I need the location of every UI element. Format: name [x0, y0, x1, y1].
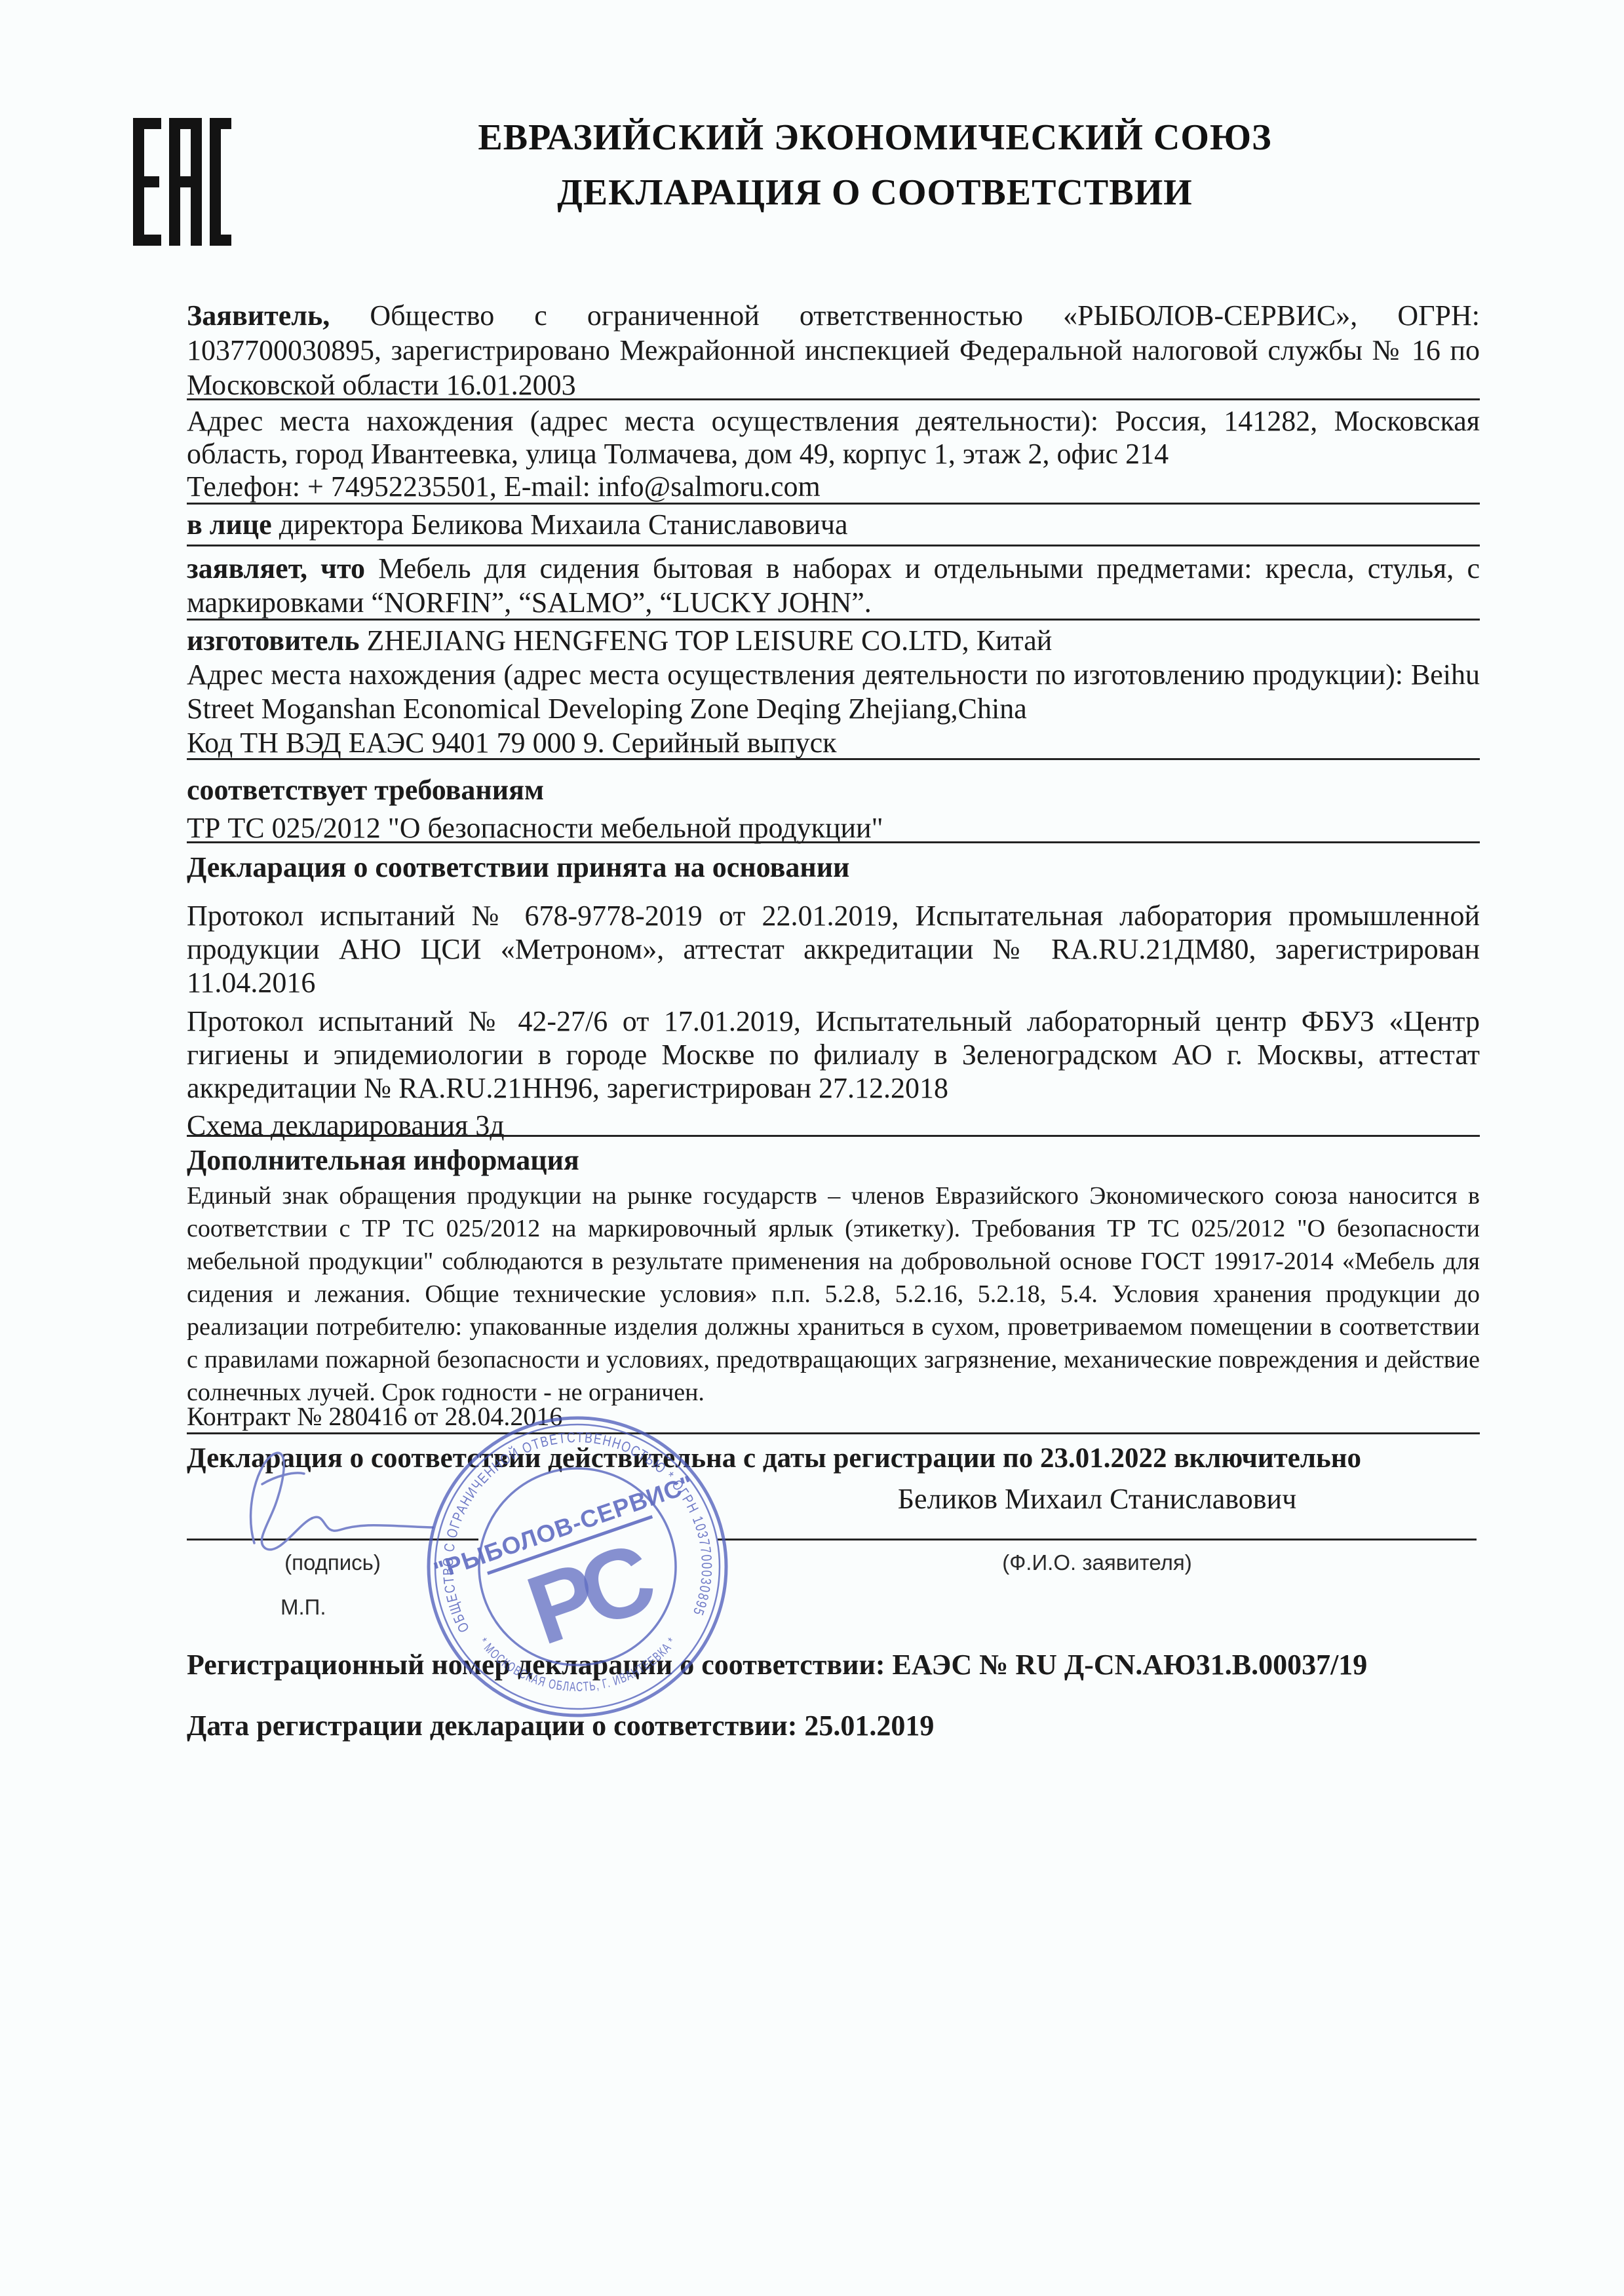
- manufacturer-address: Адрес места нахождения (адрес места осущ…: [187, 658, 1480, 726]
- stamp-monogram: РС: [514, 1521, 667, 1666]
- signature-line: [187, 1539, 478, 1540]
- additional-paragraph: Единый знак обращения продукции на рынке…: [187, 1179, 1480, 1409]
- compliance-header: соответствует требованиям: [187, 773, 1480, 807]
- divider: [187, 398, 1480, 400]
- stamp-caption: М.П.: [280, 1595, 326, 1620]
- person-block: в лице директора Беликова Михаила Станис…: [187, 508, 1480, 541]
- declares-text: Мебель для сидения бытовая в наборах и о…: [187, 552, 1480, 619]
- eac-logo-icon: [133, 118, 231, 246]
- applicant-block: Заявитель, Общество с ограниченной ответ…: [187, 298, 1480, 402]
- protocol-2: Протокол испытаний № 42-27/6 от 17.01.20…: [187, 1004, 1480, 1105]
- divider: [187, 545, 1480, 546]
- protocol-1: Протокол испытаний № 678-9778-2019 от 22…: [187, 899, 1480, 999]
- person-text: директора Беликова Михаила Станиславович…: [279, 508, 848, 541]
- divider: [187, 841, 1480, 843]
- tnved-code-line: Код ТН ВЭД ЕАЭС 9401 79 000 9. Серийный …: [187, 726, 1480, 760]
- document-title: ЕВРАЗИЙСКИЙ ЭКОНОМИЧЕСКИЙ СОЮЗ ДЕКЛАРАЦИ…: [275, 110, 1475, 220]
- divider: [187, 619, 1480, 621]
- basis-header: Декларация о соответствии принята на осн…: [187, 851, 1480, 885]
- sign-caption: (подпись): [187, 1550, 478, 1575]
- fio-caption: (Ф.И.О. заявителя): [718, 1550, 1477, 1575]
- address-phone: Телефон: + 74952235501, E-mail: info@sal…: [187, 470, 1480, 503]
- declaration-scheme: Схема декларирования 3д: [187, 1109, 1480, 1142]
- divider: [187, 503, 1480, 505]
- divider: [187, 1135, 1480, 1137]
- manufacturer-name: ZHEJIANG HENGFENG TOP LEISURE CO.LTD, Ки…: [366, 624, 1052, 657]
- address-block: Адрес места нахождения (адрес места осущ…: [187, 405, 1480, 503]
- basis-block: Протокол испытаний № 678-9778-2019 от 22…: [187, 899, 1480, 1142]
- divider: [187, 1432, 1480, 1434]
- manufacturer-label: изготовитель: [187, 624, 359, 657]
- fio-line: [718, 1539, 1477, 1540]
- person-label: в лице: [187, 508, 272, 541]
- manufacturer-block: изготовитель ZHEJIANG HENGFENG TOP LEISU…: [187, 624, 1480, 760]
- address-location: Адрес места нахождения (адрес места осущ…: [187, 405, 1480, 470]
- applicant-label: Заявитель,: [187, 299, 330, 332]
- regulation-line: ТР ТС 025/2012 "О безопасности мебельной…: [187, 813, 1480, 844]
- divider: [187, 758, 1480, 760]
- additional-header: Дополнительная информация: [187, 1143, 1480, 1177]
- title-declaration: ДЕКЛАРАЦИЯ О СООТВЕТСТВИИ: [275, 165, 1475, 220]
- declaration-page: ЕВРАЗИЙСКИЙ ЭКОНОМИЧЕСКИЙ СОЮЗ ДЕКЛАРАЦИ…: [0, 0, 1624, 2296]
- applicant-text: Общество с ограниченной ответственностью…: [187, 299, 1480, 401]
- validity-line: Декларация о соответствии действительна …: [187, 1442, 1480, 1476]
- registration-date-line: Дата регистрации декларации о соответств…: [187, 1709, 1480, 1743]
- declares-label: заявляет, что: [187, 552, 365, 584]
- contract-line: Контракт № 280416 от 28.04.2016: [187, 1401, 1480, 1432]
- applicant-name: Беликов Михаил Станиславович: [718, 1482, 1477, 1516]
- title-union: ЕВРАЗИЙСКИЙ ЭКОНОМИЧЕСКИЙ СОЮЗ: [275, 110, 1475, 165]
- declares-block: заявляет, что Мебель для сидения бытовая…: [187, 552, 1480, 620]
- registration-number-line: Регистрационный номер декларации о соотв…: [187, 1648, 1480, 1682]
